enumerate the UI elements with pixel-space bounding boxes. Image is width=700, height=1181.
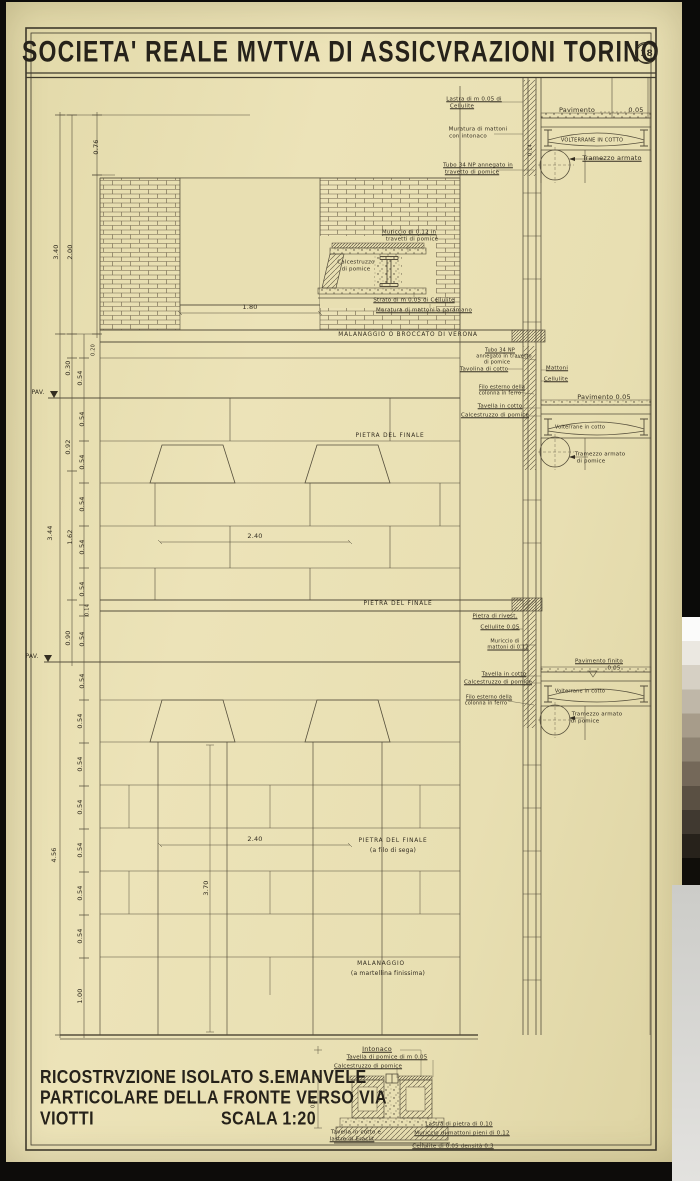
label-mattoni: Mattoni: [546, 366, 568, 372]
label-tavella-cotto-3: Tavella in cotto: [482, 672, 527, 678]
dim-0-14: 0.14: [86, 604, 91, 616]
label-malanaggio-broccato: MALANAGGIO O BROCCATO DI VERONA: [338, 333, 477, 339]
label-cellulite-densita: Cellulite di 0.05 densità 0.3: [412, 1144, 493, 1150]
label-calcestruzzo-3: Calcestruzzo di pomice: [464, 680, 532, 686]
label-pavimento-1: Pavimento: [559, 107, 595, 114]
dim-0-14-wall: 0.14: [529, 144, 534, 156]
label-filo-esterno-3b: colonna in ferro: [465, 702, 507, 707]
pav-marker-2: PAV.: [26, 654, 39, 660]
label-tramezzo-2a: Tramezzo armato: [575, 452, 626, 458]
dim-0-54: 0.54: [77, 885, 84, 900]
label-strato-cellulite: Strato di m 0.05 di Cellulite: [373, 298, 454, 304]
drawing-title: SOCIETA' REALE MVTVA DI ASSICVRAZIONI TO…: [22, 35, 660, 70]
label-cellulite-3: Cellulite 0.05: [480, 625, 519, 631]
dim-1-80: 1.80: [242, 304, 257, 311]
dim-0-30: 0.30: [65, 360, 72, 375]
label-tramezzo-3b: di pomice: [571, 719, 600, 725]
label-lastra-cellulite-1: Lastra di m 0.05 di: [446, 97, 502, 103]
dim-0-92: 0.92: [65, 439, 72, 454]
dim-2-40-a: 2.40: [247, 533, 262, 540]
label-muriccio-travetti-1: Muriccio di 0.12 in: [382, 230, 436, 236]
label-tavella-cotto-2: Tavella in cotto: [478, 404, 523, 410]
drawing-linework: [0, 0, 700, 1181]
dim-1-00: 1.00: [77, 988, 84, 1003]
label-pavimento-finito-a: Pavimento finito: [575, 659, 623, 665]
label-lastra-pietra: Lastra di pietra di 0.10: [425, 1122, 492, 1128]
wall-section-right: [490, 78, 651, 1035]
dim-3-40: 3.40: [53, 244, 60, 259]
title-block-scale: SCALA 1:20: [221, 1109, 316, 1130]
label-pietra-del-finale-2: PIETRA DEL FINALE: [363, 602, 432, 608]
dim-0-90: 0.90: [65, 630, 72, 645]
label-tramezzo-3a: Tramezzo armato: [572, 712, 623, 718]
label-muriccio-travetti-2: travetti di pomice: [386, 237, 439, 243]
dim-0-54: 0.54: [79, 631, 86, 646]
label-tubo-34np-2: travetto di pomice: [445, 170, 499, 176]
label-filo-esterno-2b: colonna in ferro: [479, 392, 521, 397]
dim-2-00: 2.00: [67, 244, 74, 259]
dim-4-56: 4.56: [51, 847, 58, 862]
label-tramezzo-1: Tramezzo armato: [582, 155, 641, 162]
title-block-line1: RICOSTRVZIONE ISOLATO S.EMANVELE: [40, 1068, 340, 1089]
dim-0-54: 0.54: [77, 713, 84, 728]
label-tavolina-cotto: Tavolina di cotto: [460, 367, 508, 373]
label-lastra-cellulite-2: Cellulite: [450, 104, 474, 110]
dim-3-70: 3.70: [203, 880, 210, 895]
label-tubo-34np-1: Tubo 34 NP annegato in: [443, 163, 513, 169]
dim-0-54: 0.54: [79, 539, 86, 554]
label-muratura-intonaco-2: con intonaco: [449, 134, 487, 140]
label-volterrane-3: Volterrane in cotto: [555, 690, 605, 695]
label-pietra-del-finale-1: PIETRA DEL FINALE: [355, 434, 424, 440]
label-pietra-del-finale-3: PIETRA DEL FINALE: [358, 839, 427, 845]
label-malanaggio-2: MALANAGGIO: [357, 962, 405, 968]
dim-0-20: 0.20: [92, 344, 97, 356]
title-block-line3: VIOTTI: [40, 1109, 94, 1130]
pav-marker-1: PAV.: [32, 390, 45, 396]
dim-0-54: 0.54: [79, 496, 86, 511]
sheet-number: 18: [640, 49, 653, 59]
dim-1-62: 1.62: [67, 529, 74, 544]
title-block-line2: PARTICOLARE DELLA FRONTE VERSO VIA: [40, 1089, 340, 1110]
dim-0-76: 0.76: [93, 139, 100, 154]
dim-0-54-top: 0.54: [77, 370, 84, 385]
dim-2-40-b: 2.40: [247, 836, 262, 843]
label-pietra-rivest: Pietra di rivest.: [472, 614, 517, 620]
label-tavella-eraclit-b: lastre di Eraclit: [330, 1137, 375, 1143]
label-calcestruzzo-pomice-2: di pomice: [342, 267, 371, 273]
label-muriccio-pieni: Muriccio di mattoni pieni di 0.12: [414, 1131, 509, 1137]
dim-0-54: 0.54: [77, 756, 84, 771]
label-cellulite-2: Cellulite: [544, 377, 568, 383]
label-pavimento-1-val: 0.05: [628, 107, 643, 114]
label-muratura-paramano: Muratura di mattoni a paramano: [376, 308, 472, 314]
dim-0-54: 0.54: [79, 581, 86, 596]
scanned-drawing: { "colors": {"paper": "#e8dfb2", "ink": …: [0, 0, 700, 1181]
label-intonaco: Intonaco: [362, 1046, 392, 1053]
dim-0-54: 0.54: [79, 411, 86, 426]
dim-0-54: 0.54: [79, 673, 86, 688]
dim-3-44: 3.44: [47, 525, 54, 540]
label-tavella-pomice: Tavella di pomice di m 0.05: [347, 1055, 428, 1061]
facade-elevation: [100, 86, 523, 1035]
sheet-number-badge: 18: [636, 43, 657, 64]
label-muriccio-3b: mattoni di 0.12: [487, 646, 528, 651]
label-pavimento-2: Pavimento 0.05: [577, 394, 631, 401]
label-calcestruzzo-2: Calcestruzzo di pomice: [461, 413, 529, 419]
dim-0-54: 0.54: [79, 454, 86, 469]
label-muratura-intonaco-1: Muratura di mattoni: [449, 127, 508, 133]
label-volterrane-1: VOLTERRANE IN COTTO: [561, 139, 623, 144]
label-calcestruzzo-pomice-1: Calcestruzzo: [337, 260, 374, 266]
label-tubo2-3: di pomice: [484, 361, 510, 366]
label-volterrane-2: Volterrane in cotto: [555, 426, 605, 431]
label-tramezzo-2b: di pomice: [577, 459, 606, 465]
label-tavella-eraclit-a: Tavella in cotto e: [331, 1130, 381, 1136]
title-block: RICOSTRVZIONE ISOLATO S.EMANVELE PARTICO…: [40, 1068, 340, 1130]
dim-0-54: 0.54: [77, 799, 84, 814]
label-pietra-del-finale-3-note: (a filo di sega): [370, 848, 416, 854]
dim-0-54: 0.54: [77, 842, 84, 857]
dim-0-54: 0.54: [77, 928, 84, 943]
label-malanaggio-2-note: (a martellina finissima): [351, 971, 425, 977]
label-pavimento-finito-b: 0.05: [607, 666, 620, 672]
